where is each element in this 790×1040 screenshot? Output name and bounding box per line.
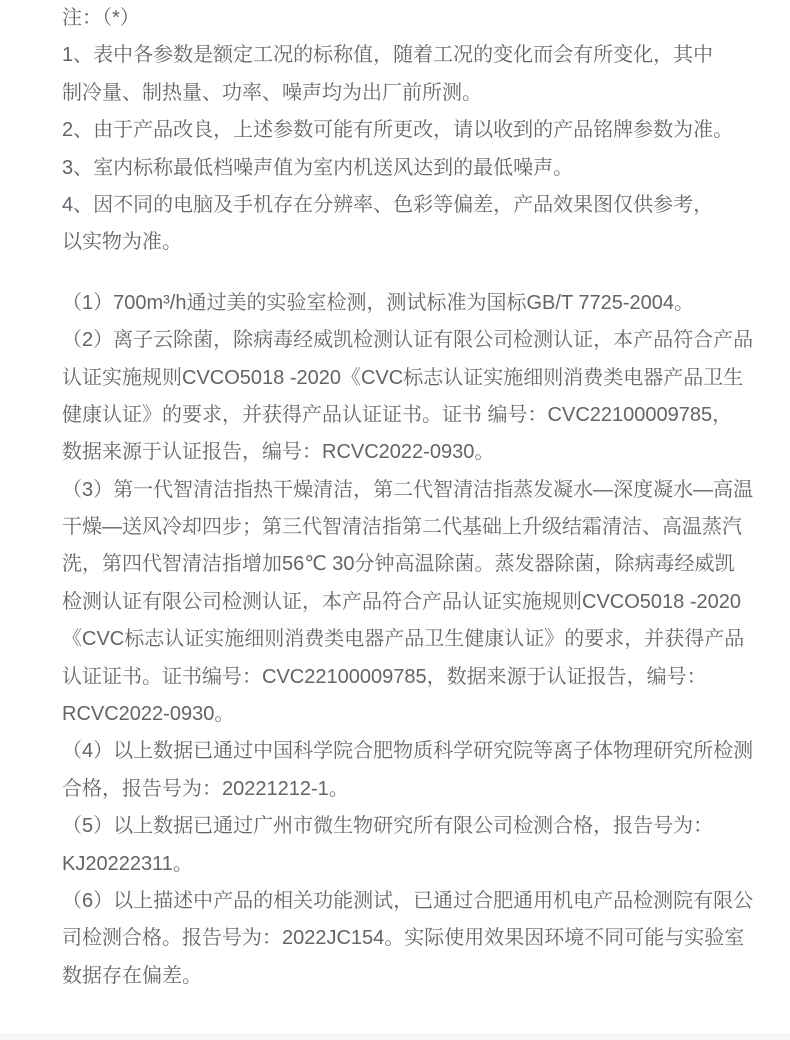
footnote-line: RCVC2022-0930。 — [62, 696, 754, 733]
footnote-line: 健康认证》的要求，并获得产品认证证书。证书 编号：CVC22100009785， — [62, 397, 754, 434]
footnotes-section: （1）700m³/h通过美的实验室检测，测试标准为国标GB/T 7725-200… — [62, 285, 754, 995]
note-line: 制冷量、制热量、功率、噪声均为出厂前所测。 — [62, 75, 754, 112]
footnote-line: 检测认证有限公司检测认证，本产品符合产品认证实施规则CVCO5018 -2020 — [62, 584, 754, 621]
footnote-line: 合格，报告号为：20221212-1。 — [62, 771, 754, 808]
note-line: 1、表中各参数是额定工况的标称值，随着工况的变化而会有所变化，其中 — [62, 37, 754, 74]
notes-section: 注：（*） 1、表中各参数是额定工况的标称值，随着工况的变化而会有所变化，其中 … — [62, 0, 754, 262]
footnote-line: 认证证书。证书编号：CVC22100009785，数据来源于认证报告，编号： — [62, 659, 754, 696]
note-line: 2、由于产品改良，上述参数可能有所更改，请以收到的产品铭牌参数为准。 — [62, 112, 754, 149]
footnote-line: （6）以上描述中产品的相关功能测试，已通过合肥通用机电产品检测院有限公 — [62, 883, 754, 920]
section-divider — [0, 1033, 790, 1040]
footnote-line: KJ20222311。 — [62, 846, 754, 883]
note-line: 3、室内标称最低档噪声值为室内机送风达到的最低噪声。 — [62, 150, 754, 187]
note-line: 以实物为准。 — [62, 224, 754, 261]
footnote-line: 数据来源于认证报告，编号：RCVC2022-0930。 — [62, 434, 754, 471]
footnote-line: 《CVC标志认证实施细则消费类电器产品卫生健康认证》的要求，并获得产品 — [62, 621, 754, 658]
footnote-line: 干燥—送风冷却四步；第三代智清洁指第二代基础上升级结霜清洁、高温蒸汽 — [62, 509, 754, 546]
footnote-line: 洗，第四代智清洁指增加56℃ 30分钟高温除菌。蒸发器除菌，除病毒经威凯 — [62, 546, 754, 583]
footnote-line: （3）第一代智清洁指热干燥清洁，第二代智清洁指蒸发凝水—深度凝水—高温 — [62, 472, 754, 509]
note-line: 4、因不同的电脑及手机存在分辨率、色彩等偏差，产品效果图仅供参考， — [62, 187, 754, 224]
footnote-line: 司检测合格。报告号为：2022JC154。实际使用效果因环境不同可能与实验室 — [62, 920, 754, 957]
footnote-line: 数据存在偏差。 — [62, 958, 754, 995]
footnote-line: 认证实施规则CVCO5018 -2020《CVC标志认证实施细则消费类电器产品卫… — [62, 360, 754, 397]
footnote-line: （2）离子云除菌，除病毒经威凯检测认证有限公司检测认证，本产品符合产品 — [62, 322, 754, 359]
footnote-line: （5）以上数据已通过广州市微生物研究所有限公司检测合格，报告号为： — [62, 808, 754, 845]
footnote-line: （1）700m³/h通过美的实验室检测，测试标准为国标GB/T 7725-200… — [62, 285, 754, 322]
footnote-line: （4）以上数据已通过中国科学院合肥物质科学研究院等离子体物理研究所检测 — [62, 733, 754, 770]
disclaimer-text-block: 注：（*） 1、表中各参数是额定工况的标称值，随着工况的变化而会有所变化，其中 … — [62, 0, 754, 995]
notes-heading: 注：（*） — [62, 0, 754, 37]
